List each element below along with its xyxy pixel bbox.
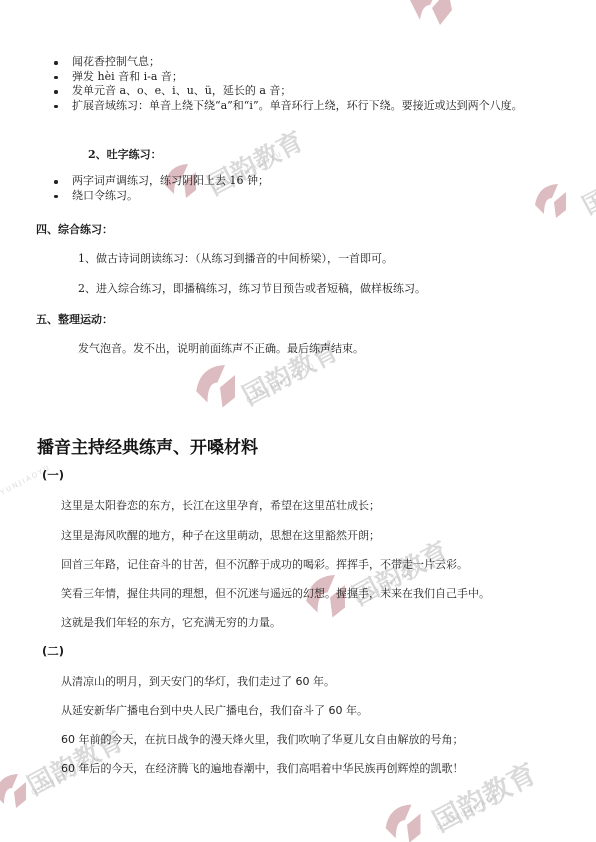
verse-line: 从清凉山的明月，到天安门的华灯，我们走过了 60 年。 [61,673,335,689]
list-item: 发单元音 a、o、e、i、u、ü，延长的 a 音； [48,84,572,99]
list-item: 两字词声调练习，练习阴阳上去 16 钟； [48,174,572,189]
verse-line: 60 年后的今天，在经济腾飞的遍地春潮中，我们高唱着中华民族再创辉煌的凯歌！ [61,760,464,776]
document-page: 国韵教育 GUOYUNJIAOYU 国韵教育 国韵教育 GUOYUNJIAOYU… [0,0,596,842]
list-item: 扩展音域练习：单音上绕下绕“a”和“i”。单音环行上绕，环行下绕。要接近或达到两… [48,99,572,114]
brand-logo-icon [0,770,30,810]
verse-line: 笑看三年情，握住共同的理想，但不沉迷与遥远的幻想。握握手，未来在我们自己手中。 [61,585,490,601]
page-title: 播音主持经典练声、开嗓材料 [37,433,258,458]
verse-line: 这就是我们年轻的东方，它充满无穷的力量。 [61,614,281,630]
verse-line: 60 年前的今天，在抗日战争的漫天烽火里，我们吹响了华夏儿女自由解放的号角； [61,731,464,747]
section-four-item: 1、做古诗词朗读练习：（从练习到播音的中间桥梁），一首即可。 [78,250,393,266]
list-item: 闻花香控制气息； [48,55,572,70]
verse-line: 回首三年路，记住奋斗的甘苦，但不沉醉于成功的喝彩。挥挥手，不带走一片云彩。 [61,556,468,572]
section-four-heading: 四、综合练习： [36,221,113,237]
watermark-brand-subtext: GUOYUNJIAOYU [435,789,507,833]
brand-logo-icon [400,0,460,30]
list-item: 绕口令练习。 [48,189,572,204]
brand-logo-icon [190,360,240,410]
verse-line: 从延安新华广播电台到中央人民广播电台，我们奋斗了 60 年。 [61,702,368,718]
verse-line: 这里是太阳眷恋的东方，长江在这里孕育，希望在这里茁壮成长； [61,497,380,513]
section-four-item: 2、进入综合练习，即播稿练习，练习节目预告或者短稿，做样板练习。 [78,280,426,296]
brand-logo-icon [380,800,425,842]
verse-line: 这里是海风吹醒的地方，种子在这里萌动，思想在这里豁然开朗； [61,527,380,543]
articulation-list: 两字词声调练习，练习阴阳上去 16 钟； 绕口令练习。 [48,174,572,203]
part-label: (一) [42,467,64,483]
part-label: (二) [42,643,64,659]
watermark-brand-text: 国韵教育 [575,145,596,221]
articulation-heading: 2、吐字练习： [88,146,162,162]
section-five-heading: 五、整理运动： [36,311,113,327]
vocal-exercise-list: 闻花香控制气息； 弹发 hèi 音和 i-a 音； 发单元音 a、o、e、i、u… [48,55,572,113]
watermark-brand-subtext: GUOYUNJIAOYU [245,362,317,406]
list-item: 弹发 hèi 音和 i-a 音； [48,70,572,85]
section-five-text: 发气泡音。发不出，说明前面练声不正确。最后练声结束。 [78,340,364,356]
